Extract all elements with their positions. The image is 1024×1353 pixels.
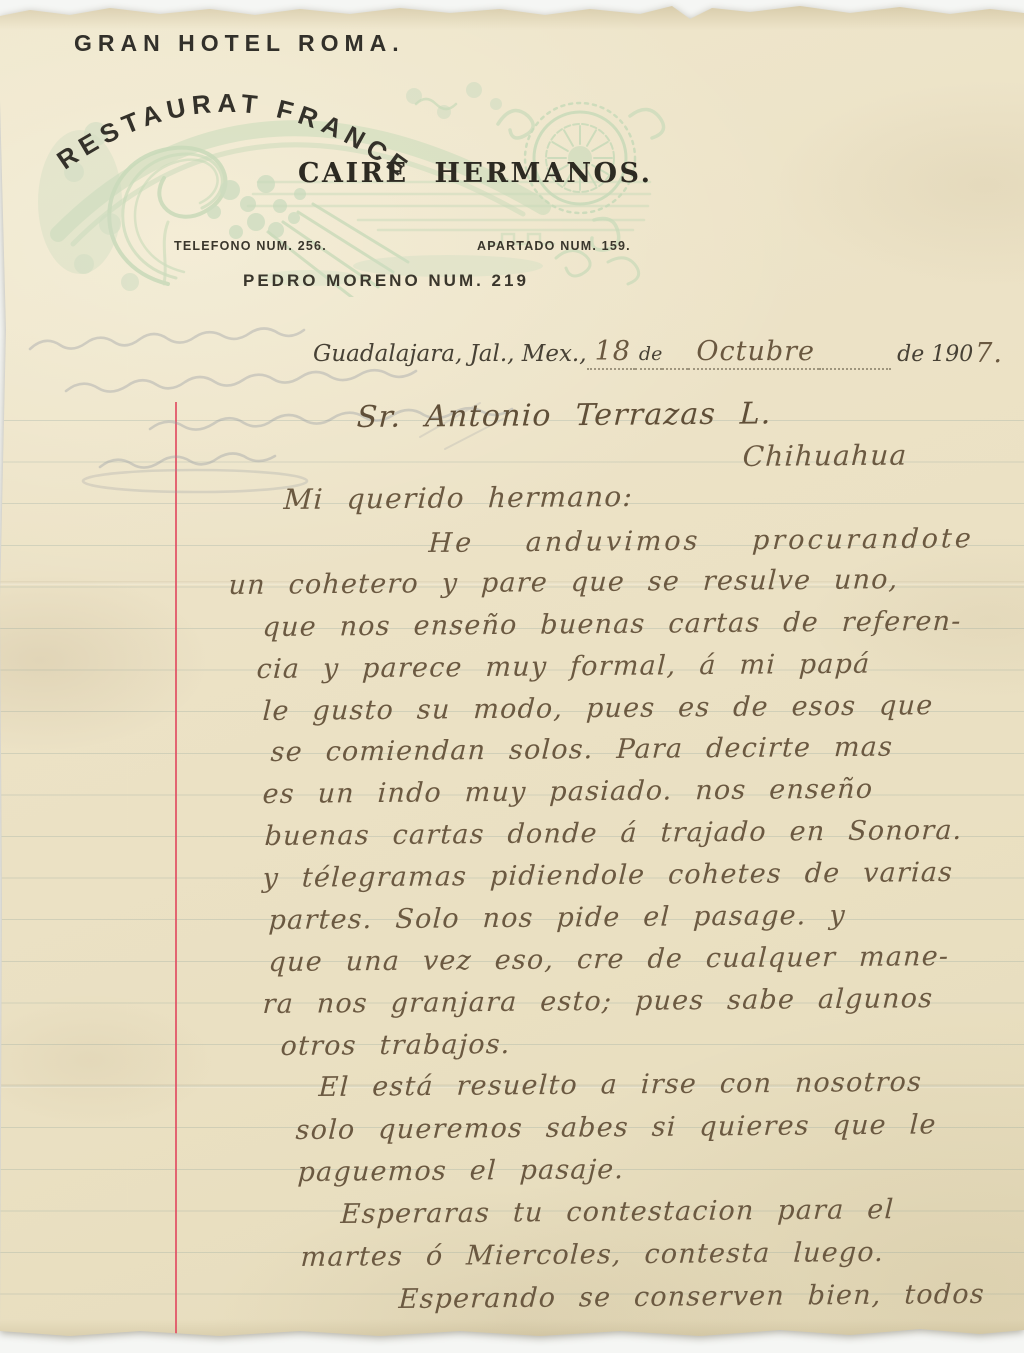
dateline-de: de <box>635 343 662 370</box>
dateline: Guadalajara, Jal., Mex., 18 de Octubre d… <box>313 324 1007 370</box>
letter-line-13: otros trabajos. <box>280 1029 511 1062</box>
dateline-leader-dots <box>819 356 891 370</box>
bleed-flourish-oval <box>83 470 307 492</box>
red-margin-line <box>175 402 177 1338</box>
letter-line-5: le gusto su modo, pues es de esos que <box>262 690 934 727</box>
recipient-name: Sr. Antonio Terrazas L. <box>356 396 772 435</box>
bleed-line <box>66 370 416 391</box>
letter-line-2: un cohetero y pare que se resulve uno, <box>228 564 899 601</box>
dateline-year-digit: 7. <box>973 338 1007 370</box>
telefono-line: TELEFONO NUM. 256. <box>174 239 327 253</box>
dateline-month: Octubre <box>688 336 819 370</box>
scanned-letter-page: GRAN HOTEL ROMA. RESTAURAT FRANCES CAIRE… <box>0 0 1024 1353</box>
letter-line-18: martes ó Miercoles, contesta luego. <box>300 1237 885 1273</box>
paper-shadow: GRAN HOTEL ROMA. RESTAURAT FRANCES CAIRE… <box>0 0 1024 1353</box>
paper: GRAN HOTEL ROMA. RESTAURAT FRANCES CAIRE… <box>0 0 1024 1341</box>
letter-line-6: se comiendan solos. Para decirte mas <box>270 732 894 768</box>
letter-line-9: y télegramas pidiendole cohetes de varia… <box>262 857 954 894</box>
letter-line-14: El está resuelto a irse con nosotros <box>318 1067 923 1103</box>
bleed-line <box>30 329 304 350</box>
dateline-leader-dots <box>662 356 688 370</box>
letter-line-19: Esperando se conserven bien, todos <box>398 1279 986 1315</box>
letter-line-1: He anduvimos procurandote <box>428 523 975 559</box>
letter-line-16: paguemos el pasaje. <box>297 1154 625 1188</box>
letter-line-3: que nos enseño buenas cartas de referen- <box>262 606 962 643</box>
bleed-signature <box>100 454 275 468</box>
hotel-name: GRAN HOTEL ROMA. <box>74 30 405 57</box>
dateline-place: Guadalajara, Jal., Mex., <box>313 341 587 370</box>
letter-line-7: es un indo muy pasiado. nos enseño <box>262 774 874 810</box>
dateline-year-printed: de 190 <box>891 342 973 370</box>
dateline-day: 18 <box>587 336 635 370</box>
recipient-city: Chihuahua <box>742 439 908 473</box>
salutation: Mi querido hermano: <box>283 480 634 516</box>
letter-line-8: buenas cartas donde á trajado en Sonora. <box>264 815 963 852</box>
letter-line-15: solo queremos sabes si quieres que le <box>295 1109 937 1146</box>
letter-line-11: que una vez eso, cre de cualquer mane- <box>268 941 950 978</box>
letter-line-10: partes. Solo nos pide el pasage. y <box>268 900 847 936</box>
letter-line-17: Esperaras tu contestacion para el <box>340 1194 895 1230</box>
street-address: PEDRO MORENO NUM. 219 <box>243 271 529 291</box>
apartado-line: APARTADO NUM. 159. <box>477 239 631 253</box>
letter-line-4: cia y parece muy formal, á mi papá <box>256 649 871 685</box>
company-name: CAIRE HERMANOS. <box>298 158 653 189</box>
letter-line-12: ra nos granjara esto; pues sabe algunos <box>262 983 934 1020</box>
